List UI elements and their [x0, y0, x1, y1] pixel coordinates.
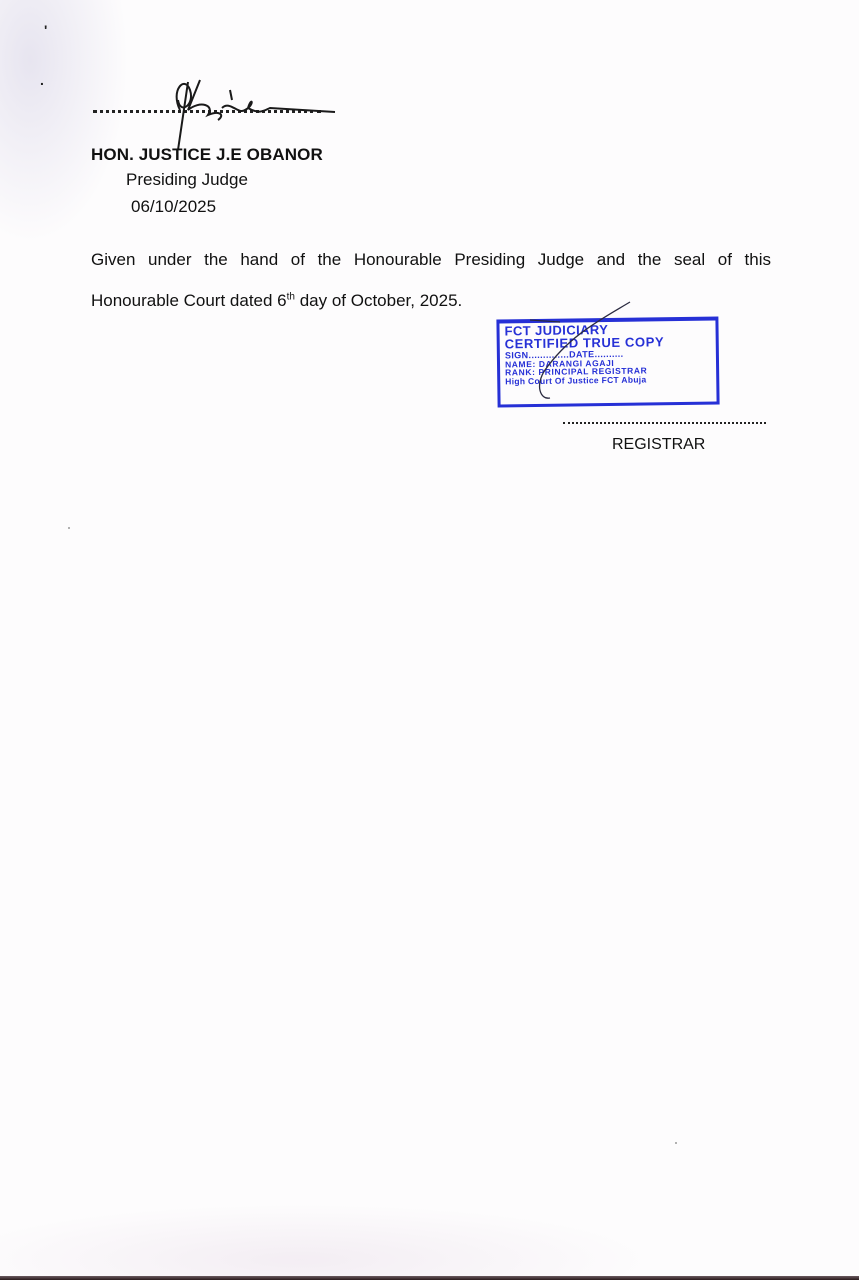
paper-shading — [0, 0, 859, 1280]
attestation-line-2: Honourable Court dated 6th day of Octobe… — [91, 291, 771, 311]
margin-mark: . — [40, 72, 44, 88]
signature-date: 06/10/2025 — [131, 197, 216, 217]
registrar-label: REGISTRAR — [612, 436, 705, 454]
judge-name: HON. JUSTICE J.E OBANOR — [91, 145, 323, 165]
ordinal-suffix: th — [287, 291, 295, 302]
registrar-signature-line — [563, 422, 766, 424]
judge-title: Presiding Judge — [126, 170, 248, 190]
registrar-signature — [520, 300, 640, 410]
attestation-line-1: Given under the hand of the Honourable P… — [91, 250, 771, 270]
attestation-text: day of October, 2025. — [295, 291, 462, 310]
page-bottom-edge — [0, 1276, 859, 1280]
paper-speck — [68, 527, 70, 529]
paper-speck — [675, 1142, 677, 1144]
attestation-text: Honourable Court dated 6 — [91, 291, 287, 310]
margin-mark: ' — [44, 22, 47, 38]
